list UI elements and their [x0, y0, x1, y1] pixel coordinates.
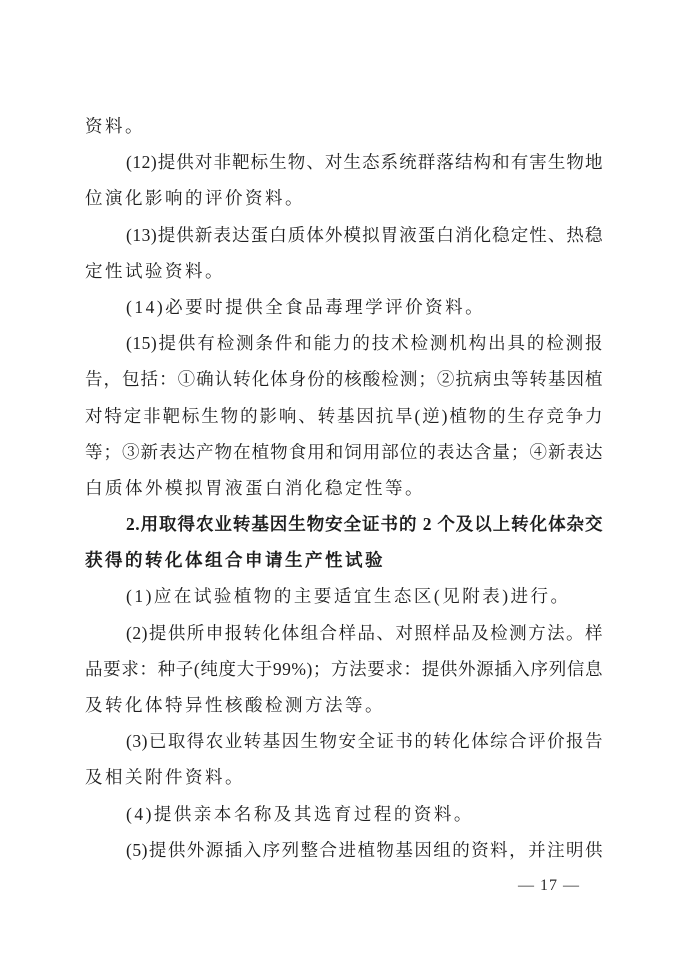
page-content: 资料。 (12)提供对非靶标生物、对生态系统群落结构和有害生物地 位演化影响的评… [85, 108, 603, 868]
section-2-heading-line: 2.用取得农业转基因生物安全证书的 2 个及以上转化体杂交 [85, 506, 603, 542]
body-line: 位演化影响的评价资料。 [85, 180, 603, 216]
body-line: 白质体外模拟胃液蛋白消化稳定性等。 [85, 470, 603, 506]
body-line-item-5: (5)提供外源插入序列整合进植物基因组的资料，并注明供 [85, 832, 603, 868]
body-line-item-1: (1)应在试验植物的主要适宜生态区(见附表)进行。 [85, 578, 603, 614]
document-page: 资料。 (12)提供对非靶标生物、对生态系统群落结构和有害生物地 位演化影响的评… [0, 0, 690, 975]
body-line: 品要求：种子(纯度大于99%)；方法要求：提供外源插入序列信息 [85, 651, 603, 687]
body-line: 等；③新表达产物在植物食用和饲用部位的表达含量；④新表达蛋 [85, 434, 603, 470]
section-2-heading-line: 获得的转化体组合申请生产性试验 [85, 542, 603, 578]
body-line: 对特定非靶标生物的影响、转基因抗旱(逆)植物的生存竞争力 [85, 398, 603, 434]
page-number: — 17 — [518, 874, 580, 898]
body-line: 定性试验资料。 [85, 253, 603, 289]
body-line-item-15: (15)提供有检测条件和能力的技术检测机构出具的检测报 [85, 325, 603, 361]
body-line-item-3: (3)已取得农业转基因生物安全证书的转化体综合评价报告 [85, 723, 603, 759]
body-line: 及转化体特异性核酸检测方法等。 [85, 687, 603, 723]
body-line-item-2: (2)提供所申报转化体组合样品、对照样品及检测方法。样 [85, 615, 603, 651]
body-line: 资料。 [85, 108, 603, 144]
body-line: 及相关附件资料。 [85, 759, 603, 795]
body-line-item-13: (13)提供新表达蛋白质体外模拟胃液蛋白消化稳定性、热稳 [85, 217, 603, 253]
body-line-item-14: (14)必要时提供全食品毒理学评价资料。 [85, 289, 603, 325]
body-line-item-12: (12)提供对非靶标生物、对生态系统群落结构和有害生物地 [85, 144, 603, 180]
body-line: 告，包括：①确认转化体身份的核酸检测；②抗病虫等转基因植物 [85, 361, 603, 397]
body-line-item-4: (4)提供亲本名称及其选育过程的资料。 [85, 796, 603, 832]
